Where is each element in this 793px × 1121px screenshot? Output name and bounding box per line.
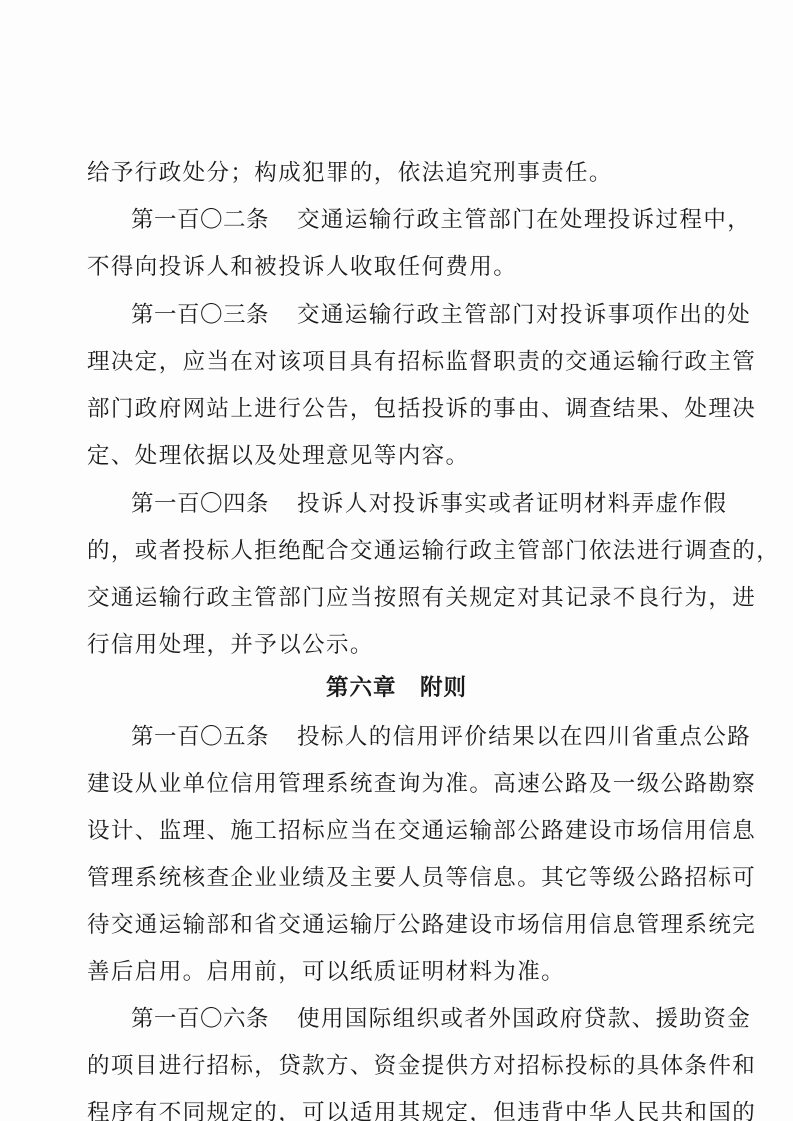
text-line: 设计、监理、施工招标应当在交通运输部公路建设市场信用信息 [87,816,707,846]
text-line: 善后启用。启用前，可以纸质证明材料为准。 [87,957,707,987]
article-106-first-line: 第一百〇六条使用国际组织或者外国政府贷款、援助资金 [131,1004,751,1034]
document-page: 给予行政处分；构成犯罪的，依法追究刑事责任。 第一百〇二条交通运输行政主管部门在… [0,0,793,1121]
text-line: 行信用处理，并予以公示。 [87,630,707,660]
article-103-first-line: 第一百〇三条交通运输行政主管部门对投诉事项作出的处 [131,300,751,330]
text-line: 建设从业单位信用管理系统查询为准。高速公路及一级公路勘察 [87,769,707,799]
article-number: 第一百〇五条 [131,724,269,750]
article-text: 投诉人对投诉事实或者证明材料弄虚作假 [297,491,727,517]
article-text: 使用国际组织或者外国政府贷款、援助资金 [297,1006,751,1032]
article-102-first-line: 第一百〇二条交通运输行政主管部门在处理投诉过程中， [131,205,751,235]
article-text: 交通运输行政主管部门对投诉事项作出的处 [297,302,751,328]
article-number: 第一百〇三条 [131,302,269,328]
article-number: 第一百〇六条 [131,1006,269,1032]
article-104-first-line: 第一百〇四条投诉人对投诉事实或者证明材料弄虚作假 [131,489,751,519]
text-line: 程序有不同规定的，可以适用其规定，但违背中华人民共和国的 [87,1098,707,1121]
text-line: 不得向投诉人和被投诉人收取任何费用。 [87,252,707,282]
text-line: 定、处理依据以及处理意见等内容。 [87,441,707,471]
text-line: 交通运输行政主管部门应当按照有关规定对其记录不良行为，进 [87,583,707,613]
article-105-first-line: 第一百〇五条投标人的信用评价结果以在四川省重点公路 [131,722,751,752]
article-text: 投标人的信用评价结果以在四川省重点公路 [297,724,751,750]
text-line: 给予行政处分；构成犯罪的，依法追究刑事责任。 [87,158,707,188]
text-line: 理决定，应当在对该项目具有招标监督职责的交通运输行政主管 [87,347,707,377]
text-line: 待交通运输部和省交通运输厅公路建设市场信用信息管理系统完 [87,910,707,940]
text-line: 管理系统核查企业业绩及主要人员等信息。其它等级公路招标可 [87,863,707,893]
chapter-heading: 第六章 附则 [0,673,793,703]
text-line: 的项目进行招标，贷款方、资金提供方对招标投标的具体条件和 [87,1051,707,1081]
article-number: 第一百〇四条 [131,491,269,517]
text-line: 部门政府网站上进行公告，包括投诉的事由、调查结果、处理决 [87,394,707,424]
article-number: 第一百〇二条 [131,207,269,233]
text-line: 的，或者投标人拒绝配合交通运输行政主管部门依法进行调查的， [87,536,707,566]
article-text: 交通运输行政主管部门在处理投诉过程中， [297,207,751,233]
